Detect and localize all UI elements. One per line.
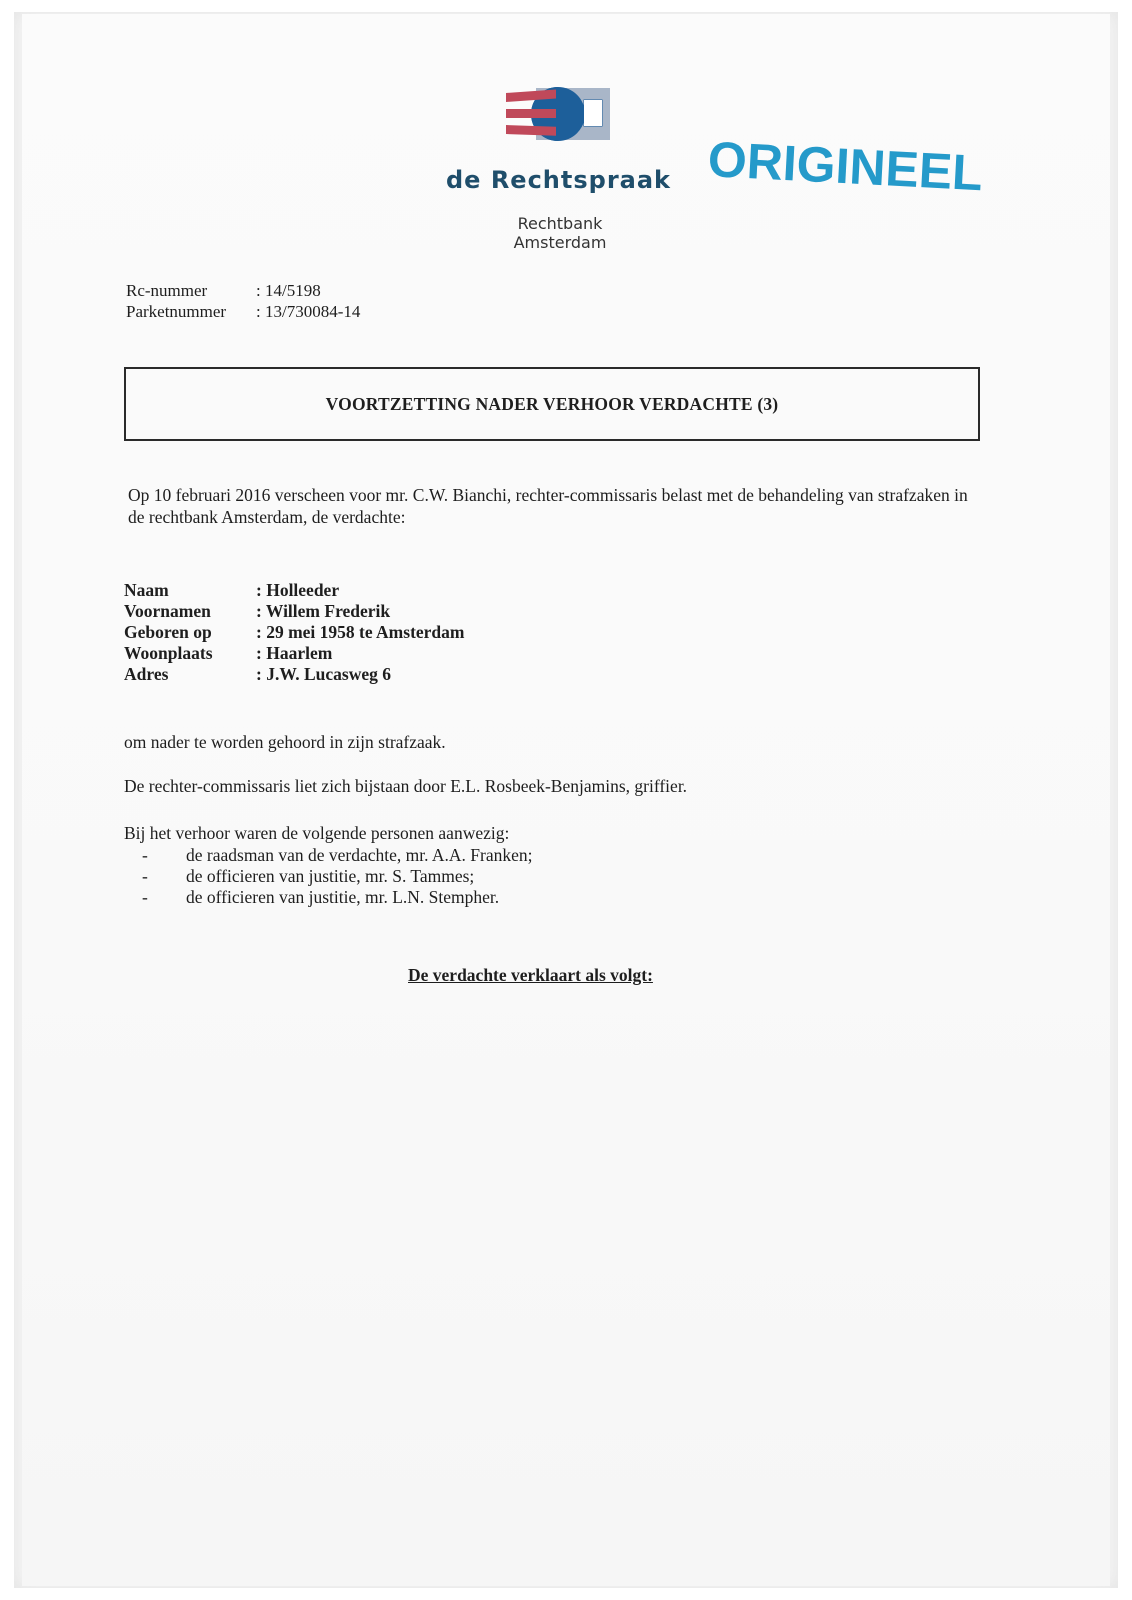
hearing-paragraph: om nader te worden gehoord in zijn straf… (124, 731, 446, 753)
attendee-text: de officieren van justitie, mr. L.N. Ste… (186, 887, 499, 908)
court-name: Rechtbank Amsterdam (470, 214, 650, 252)
field-label: Geboren op (124, 622, 256, 643)
attendee-text: de officieren van justitie, mr. S. Tamme… (186, 866, 474, 887)
statement-heading: De verdachte verklaart als volgt: (408, 965, 653, 986)
field-label: Adres (124, 664, 256, 685)
suspect-details: Naam : Holleeder Voornamen : Willem Fred… (124, 580, 465, 685)
field-value: : Willem Frederik (256, 601, 390, 622)
list-item: - de officieren van justitie, mr. L.N. S… (124, 887, 532, 908)
suspect-row-born: Geboren op : 29 mei 1958 te Amsterdam (124, 622, 465, 643)
rc-number-value: : 14/5198 (256, 280, 321, 301)
document-title-box: VOORTZETTING NADER VERHOOR VERDACHTE (3) (124, 367, 980, 441)
rechtspraak-logo-icon (506, 84, 616, 144)
suspect-row-residence: Woonplaats : Haarlem (124, 643, 465, 664)
field-label: Naam (124, 580, 256, 601)
field-label: Voornamen (124, 601, 256, 622)
clerk-paragraph: De rechter-commissaris liet zich bijstaa… (124, 775, 687, 797)
suspect-row-address: Adres : J.W. Lucasweg 6 (124, 664, 465, 685)
brand-name: de Rechtspraak (446, 166, 671, 194)
parket-number-label: Parketnummer (126, 301, 256, 322)
suspect-row-name: Naam : Holleeder (124, 580, 465, 601)
intro-paragraph: Op 10 februari 2016 verscheen voor mr. C… (128, 484, 988, 528)
rc-number-row: Rc-nummer : 14/5198 (126, 280, 360, 301)
rc-number-label: Rc-nummer (126, 280, 256, 301)
dash-bullet: - (124, 866, 186, 887)
parket-number-row: Parketnummer : 13/730084-14 (126, 301, 360, 322)
attendee-text: de raadsman van de verdachte, mr. A.A. F… (186, 845, 532, 866)
field-value: : Holleeder (256, 580, 339, 601)
parket-number-value: : 13/730084-14 (256, 301, 360, 322)
list-item: - de officieren van justitie, mr. S. Tam… (124, 866, 532, 887)
court-line-2: Amsterdam (470, 233, 650, 252)
dash-bullet: - (124, 887, 186, 908)
list-item: - de raadsman van de verdachte, mr. A.A.… (124, 845, 532, 866)
present-intro: Bij het verhoor waren de volgende person… (124, 822, 509, 844)
case-numbers: Rc-nummer : 14/5198 Parketnummer : 13/73… (126, 280, 360, 322)
field-value: : Haarlem (256, 643, 332, 664)
suspect-row-firstnames: Voornamen : Willem Frederik (124, 601, 465, 622)
document-title: VOORTZETTING NADER VERHOOR VERDACHTE (3) (326, 394, 779, 415)
court-line-1: Rechtbank (470, 214, 650, 233)
dash-bullet: - (124, 845, 186, 866)
field-value: : J.W. Lucasweg 6 (256, 664, 391, 685)
attendee-list: - de raadsman van de verdachte, mr. A.A.… (124, 845, 532, 908)
field-value: : 29 mei 1958 te Amsterdam (256, 622, 465, 643)
field-label: Woonplaats (124, 643, 256, 664)
